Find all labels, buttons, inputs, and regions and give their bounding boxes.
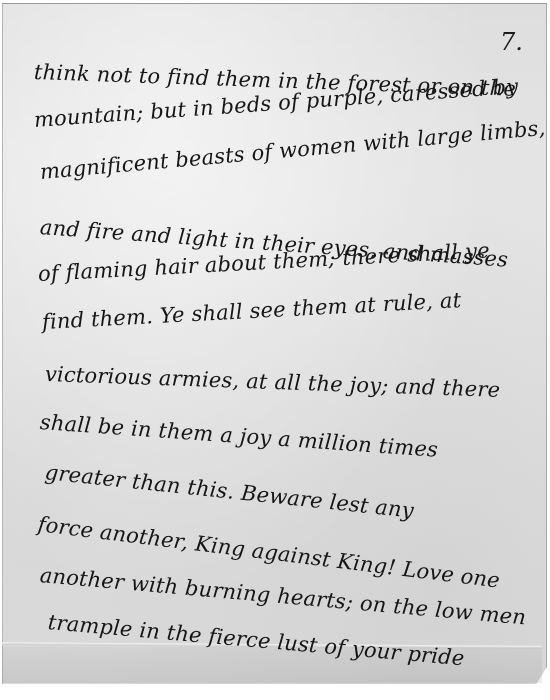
page-number: 7.: [500, 28, 523, 56]
